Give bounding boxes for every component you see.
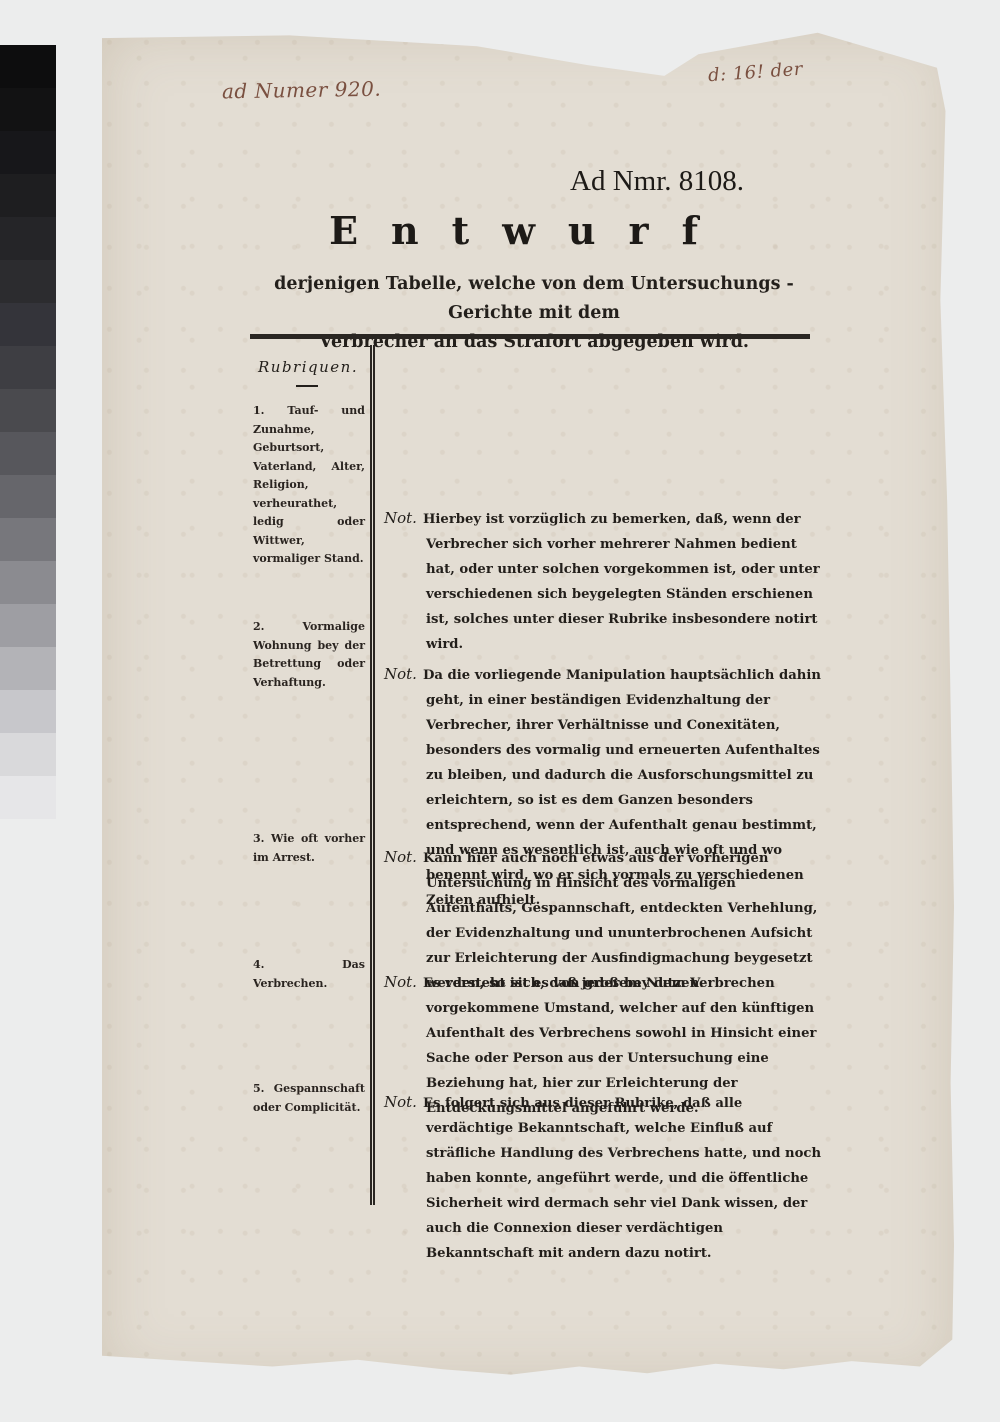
gray-step — [0, 475, 56, 518]
gray-scale-calibration-strip — [0, 45, 56, 819]
gray-step — [0, 303, 56, 346]
rubrics-heading: Rubriquen. — [258, 358, 358, 376]
gray-step — [0, 432, 56, 475]
rubric-5: 5. Gespannschaft oder Complicität. — [253, 1080, 365, 1117]
note-text: Es folgert sich aus dieser Rubrike, daß … — [423, 1096, 821, 1261]
note-label: Not. — [384, 509, 417, 527]
gray-step — [0, 217, 56, 260]
subtitle-line-1: derjenigen Tabelle, welche von dem Unter… — [248, 270, 820, 328]
rubric-2: 2. Vormalige Wohnung bey der Betrettung … — [253, 618, 365, 692]
document-subtitle: derjenigen Tabelle, welche von dem Unter… — [248, 270, 820, 357]
gray-step — [0, 776, 56, 819]
handwritten-note-top-left: ad Numer 920. — [222, 77, 382, 104]
document-title: Entwurf — [240, 208, 820, 253]
rubric-1: 1. Tauf- und Zunahme, Geburtsort, Vaterl… — [253, 402, 365, 569]
gray-step — [0, 131, 56, 174]
rubric-4: 4. Das Verbrechen. — [253, 956, 365, 993]
reference-number: Ad Nmr. 8108. — [570, 165, 744, 198]
note-label: Not. — [384, 848, 417, 866]
gray-step — [0, 733, 56, 776]
note-label: Not. — [384, 1093, 417, 1111]
note-label: Not. — [384, 665, 417, 683]
gray-step — [0, 561, 56, 604]
rubrics-heading-underline — [296, 385, 318, 387]
gray-step — [0, 389, 56, 432]
gray-step — [0, 690, 56, 733]
subtitle-line-2: Verbrecher an das Strafort abgegeben wir… — [248, 328, 820, 357]
column-divider — [370, 345, 375, 1205]
header-divider — [250, 334, 810, 339]
note-5: Not.Es folgert sich aus dieser Rubrike, … — [384, 1090, 824, 1266]
gray-step — [0, 346, 56, 389]
gray-step — [0, 88, 56, 131]
gray-step — [0, 518, 56, 561]
gray-step — [0, 45, 56, 88]
gray-step — [0, 604, 56, 647]
gray-step — [0, 260, 56, 303]
gray-step — [0, 174, 56, 217]
gray-step — [0, 647, 56, 690]
note-1: Not.Hierbey ist vorzüglich zu bemerken, … — [384, 506, 824, 657]
note-label: Not. — [384, 973, 417, 991]
rubric-3: 3. Wie oft vorher im Arrest. — [253, 830, 365, 867]
note-text: Hierbey ist vorzüglich zu bemerken, daß,… — [423, 512, 820, 652]
